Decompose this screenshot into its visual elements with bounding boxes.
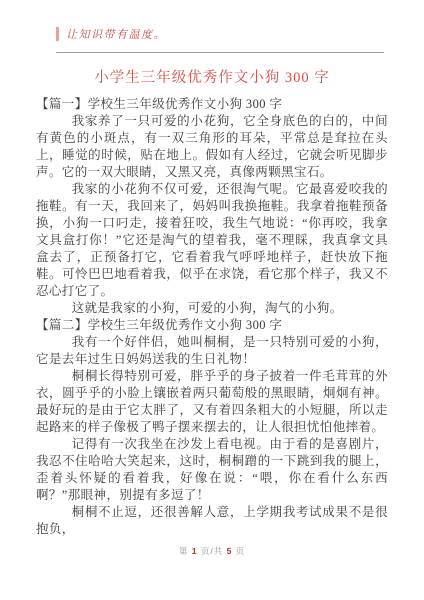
footer-label: 页/共 [201, 546, 223, 556]
document-body: 【篇一】学校生三年级优秀作文小狗 300 字 我家养了一只可爱的小花狗，它全身底… [36, 96, 388, 538]
paragraph: 我有一个好伴侣，她叫桐桐，是一只特别可爱的小狗，它是去年过生日妈妈送我的生日礼物… [36, 334, 388, 368]
header-divider [56, 52, 384, 53]
paragraph: 这就是我家的小狗，可爱的小狗，淘气的小狗。 [36, 300, 388, 317]
paragraph: 我家的小花狗不仅可爱，还很淘气呢。它最喜爱咬我的拖鞋。有一天，我回来了，妈妈叫我… [36, 181, 388, 300]
current-page-number: 1 [192, 546, 198, 556]
footer-label: 第 [179, 546, 189, 556]
paragraph: 桐桐长得特别可爱，胖乎乎的身子披着一件毛茸茸的外衣，圆乎乎的小脸上镶嵌着两只葡萄… [36, 368, 388, 436]
paragraph: 我家养了一只可爱的小花狗，它全身底色的白的，中间有黄色的小斑点，有一双三角形的耳… [36, 113, 388, 181]
page-footer: 第 1 页/共 5 页 [0, 545, 424, 557]
paragraph: 桐桐不止逗，还很善解人意，上学期我考试成果不是很抱负， [36, 504, 388, 538]
total-page-number: 5 [227, 546, 233, 556]
paragraph: 记得有一次我坐在沙发上看电视。由于看的是喜剧片，我忍不住哈哈大笑起来，这时，桐桐… [36, 436, 388, 504]
document-page[interactable]: 让知识带有温度。 小学生三年级优秀作文小狗 300 字 【篇一】学校生三年级优秀… [0, 0, 424, 600]
section-1-heading: 【篇一】学校生三年级优秀作文小狗 300 字 [36, 96, 388, 113]
accent-bar-icon [56, 27, 59, 41]
footer-label: 页 [236, 546, 246, 556]
document-title: 小学生三年级优秀作文小狗 300 字 [0, 66, 424, 87]
section-2-heading: 【篇二】学校生三年级优秀作文小狗 300 字 [36, 317, 388, 334]
document-header: 让知识带有温度。 [56, 26, 166, 42]
header-slogan: 让知识带有温度。 [66, 26, 166, 42]
